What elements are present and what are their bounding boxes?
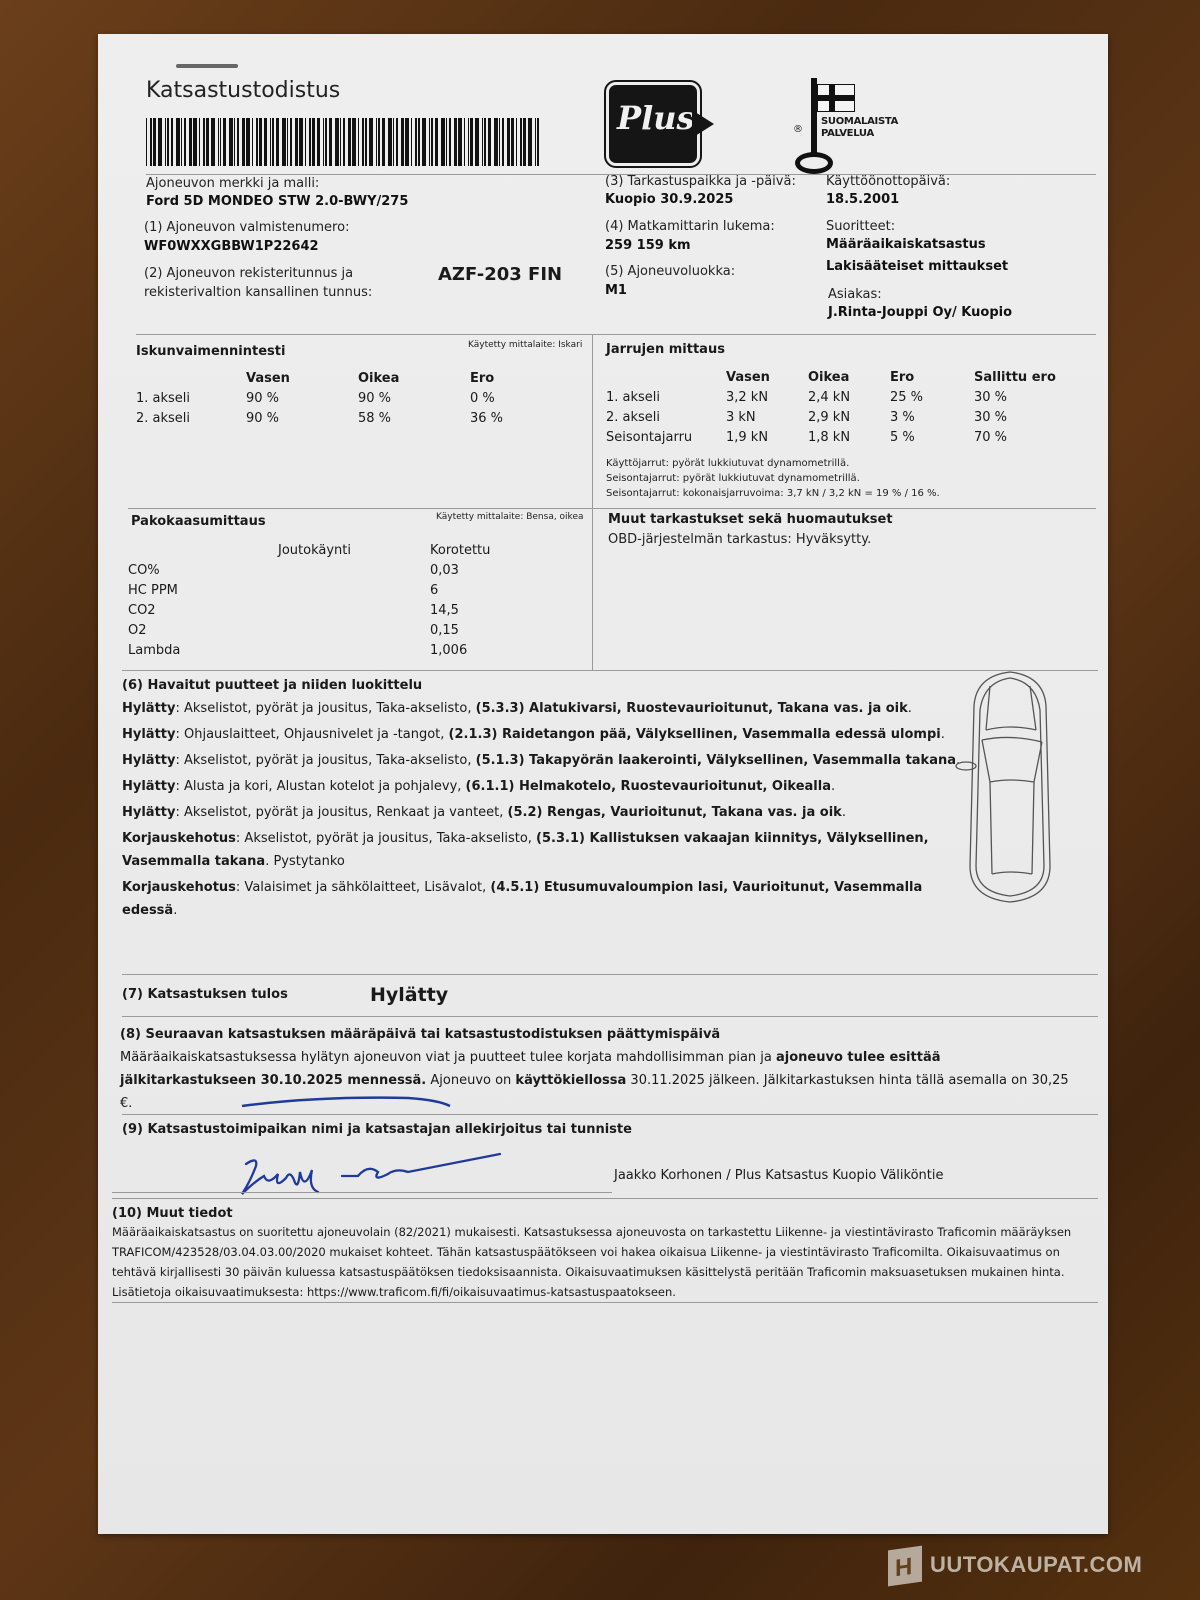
defect-area: : Ohjauslaitteet, Ohjausnivelet ja -tang… [176,727,449,742]
brakes-table: VasenOikeaEroSallittu ero1. akseli3,2 kN… [606,367,1064,447]
table-cell: 70 % [974,427,1064,447]
defect-item: Hylätty: Akselistot, pyörät ja jousitus,… [122,801,962,824]
defect-severity: Hylätty [122,779,176,794]
table-cell: 25 % [890,387,974,407]
table-row: Seisontajarru1,9 kN1,8 kN5 %70 % [606,427,1064,447]
table-row: 2. akseli3 kN2,9 kN3 %30 % [606,407,1064,427]
performed-value-2: Lakisääteiset mittaukset [826,259,1008,274]
table-cell: 90 % [358,388,470,408]
inspection-certificate: Katsastustodistus Plus ® SUOMALAISTAPALV… [98,34,1108,1534]
defect-detail: (2.1.3) Raidetangon pää, Välyksellinen, … [449,727,941,742]
defect-severity: Korjauskehotus [122,831,236,846]
table-cell: 3 % [890,407,974,427]
plus-logo: Plus [606,82,700,166]
defect-extra: . Pystytanko [265,854,345,869]
brakes-note: Seisontajarrut: pyörät lukkiutuvat dynam… [606,471,940,486]
defect-extra: . [908,701,912,716]
table-row: CO%0,03 [128,560,570,580]
table-cell: 2,9 kN [808,407,890,427]
table-cell: 1. akseli [606,387,726,407]
result-label: (7) Katsastuksen tulos [122,987,288,1002]
registration-label-1: (2) Ajoneuvon rekisteritunnus ja [144,266,353,281]
table-cell: 0,03 [430,560,570,580]
table-cell: Seisontajarru [606,427,726,447]
table-cell: 0,15 [430,620,570,640]
table-cell [278,620,430,640]
column-header: Vasen [246,368,358,388]
defect-severity: Hylätty [122,727,176,742]
exhaust-device: Käytetty mittalaite: Bensa, oikea [436,512,584,522]
key-flag-text-1: SUOMALAISTA [821,116,898,128]
table-cell: 1,006 [430,640,570,660]
huutokaupat-watermark: H UUTOKAUPAT.COM [888,1548,1188,1588]
column-header: Ero [470,368,580,388]
place-date-label: (3) Tarkastuspaikka ja -päivä: [605,174,796,189]
other-info-title: (10) Muut tiedot [112,1206,233,1221]
defect-extra: . [173,903,177,918]
plus-logo-tail [692,110,714,138]
defect-severity: Hylätty [122,753,176,768]
ink-underline [238,1092,458,1112]
brakes-title: Jarrujen mittaus [606,342,725,357]
table-cell: Lambda [128,640,278,660]
table-cell: 3 kN [726,407,808,427]
table-cell: CO2 [128,600,278,620]
table-cell: 14,5 [430,600,570,620]
result-value: Hylätty [370,984,448,1006]
performed-label: Suoritteet: [826,219,895,234]
column-header [606,367,726,387]
place-date-value: Kuopio 30.9.2025 [605,192,733,207]
odometer-value: 259 159 km [605,238,691,253]
staple [176,64,238,68]
table-cell: 90 % [246,408,358,428]
column-header: Oikea [358,368,470,388]
table-row: 1. akseli3,2 kN2,4 kN25 %30 % [606,387,1064,407]
defect-item: Hylätty: Ohjauslaitteet, Ohjausnivelet j… [122,723,962,746]
table-cell [278,600,430,620]
defect-area: : Alusta ja kori, Alustan kotelot ja poh… [176,779,466,794]
watermark-text: UUTOKAUPAT.COM [930,1552,1142,1578]
table-row: CO214,5 [128,600,570,620]
column-header: Sallittu ero [974,367,1064,387]
column-header: Vasen [726,367,808,387]
table-cell [278,580,430,600]
defect-severity: Hylätty [122,701,176,716]
table-row: 2. akseli90 %58 %36 % [136,408,580,428]
usage-ban: käyttökiellossa [515,1073,626,1088]
table-row: 1. akseli90 %90 %0 % [136,388,580,408]
other-checks-title: Muut tarkastukset sekä huomautukset [608,512,893,527]
defect-area: : Akselistot, pyörät ja jousitus, Taka-a… [176,753,476,768]
column-header [136,368,246,388]
defect-list: Hylätty: Akselistot, pyörät ja jousitus,… [122,697,962,922]
defect-item: Hylätty: Akselistot, pyörät ja jousitus,… [122,749,962,772]
defect-area: : Akselistot, pyörät ja jousitus, Renkaa… [176,805,508,820]
registered-mark: ® [793,124,803,135]
defect-severity: Korjauskehotus [122,880,236,895]
table-cell: 3,2 kN [726,387,808,407]
table-cell: CO% [128,560,278,580]
vehicle-class-label: (5) Ajoneuvoluokka: [605,264,735,279]
brakes-note: Seisontajarrut: kokonaisjarruvoima: 3,7 … [606,486,940,501]
defect-detail: (6.1.1) Helmakotelo, Ruostevaurioitunut,… [466,779,831,794]
make-model-value: Ford 5D MONDEO STW 2.0-BWY/275 [146,194,408,209]
shock-test-title: Iskunvaimennintesti [136,344,285,359]
table-cell: 90 % [246,388,358,408]
other-info-text: Määräaikaiskatsastus on suoritettu ajone… [112,1222,1097,1302]
table-cell: 1. akseli [136,388,246,408]
defect-detail: (5.3.3) Alatukivarsi, Ruostevaurioitunut… [476,701,908,716]
defect-extra: . [842,805,846,820]
defect-extra: . [941,727,945,742]
plus-logo-text: Plus [617,99,695,137]
defects-title: (6) Havaitut puutteet ja niiden luokitte… [122,674,962,697]
defect-item: Hylätty: Akselistot, pyörät ja jousitus,… [122,697,962,720]
brakes-note: Käyttöjarrut: pyörät lukkiutuvat dynamom… [606,456,940,471]
table-row: HC PPM6 [128,580,570,600]
defect-detail: (5.1.3) Takapyörän laakerointi, Välyksel… [476,753,956,768]
registration-value: AZF-203 FIN [438,264,562,285]
car-diagram-icon [954,666,1066,906]
column-header: Joutokäynti [278,540,430,560]
table-cell: 36 % [470,408,580,428]
shock-test-table: VasenOikeaEro1. akseli90 %90 %0 %2. akse… [136,368,580,428]
table-cell: 58 % [358,408,470,428]
table-cell: O2 [128,620,278,640]
text-span: Ajoneuvo on [426,1073,515,1088]
cube-logo-icon: H [888,1546,922,1587]
customer-label: Asiakas: [828,287,882,302]
customer-value: J.Rinta-Jouppi Oy/ Kuopio [828,305,1012,320]
handwritten-signature [238,1152,528,1202]
inspector-name: Jaakko Korhonen / Plus Katsastus Kuopio … [614,1168,943,1183]
brakes-notes: Käyttöjarrut: pyörät lukkiutuvat dynamom… [606,456,940,501]
table-cell: 5 % [890,427,974,447]
defect-item: Korjauskehotus: Valaisimet ja sähkölaitt… [122,876,962,922]
watermark-letter: H [895,1553,912,1583]
next-inspection-title: (8) Seuraavan katsastuksen määräpäivä ta… [120,1023,1080,1046]
table-cell: 6 [430,580,570,600]
barcode [146,118,541,166]
defect-area: : Akselistot, pyörät ja jousitus, Taka-a… [176,701,476,716]
table-cell: 30 % [974,387,1064,407]
table-cell: 1,8 kN [808,427,890,447]
table-row: O20,15 [128,620,570,640]
exhaust-title: Pakokaasumittaus [131,514,266,529]
defect-severity: Hylätty [122,805,176,820]
vin-label: (1) Ajoneuvon valmistenumero: [144,220,349,235]
defects-section: (6) Havaitut puutteet ja niiden luokitte… [122,674,962,925]
defect-area: : Akselistot, pyörät ja jousitus, Taka-a… [236,831,536,846]
text-span: Määräaikaiskatsastuksessa hylätyn ajoneu… [120,1050,776,1065]
document-title: Katsastustodistus [146,78,340,103]
finnish-flag-icon [817,84,855,112]
column-header: Korotettu [430,540,570,560]
vin-value: WF0WXXGBBW1P22642 [144,239,319,254]
first-use-value: 18.5.2001 [826,192,899,207]
table-cell: 1,9 kN [726,427,808,447]
table-cell: 2. akseli [606,407,726,427]
exhaust-table: JoutokäyntiKorotettuCO%0,03HC PPM6CO214,… [128,540,570,660]
defect-extra: . [831,779,835,794]
table-cell: 2. akseli [136,408,246,428]
table-cell: HC PPM [128,580,278,600]
table-cell [278,640,430,660]
defect-item: Korjauskehotus: Akselistot, pyörät ja jo… [122,827,962,873]
vehicle-class-value: M1 [605,283,627,298]
other-checks-text: OBD-järjestelmän tarkastus: Hyväksytty. [608,532,871,547]
table-row: Lambda1,006 [128,640,570,660]
table-cell [278,560,430,580]
make-model-label: Ajoneuvon merkki ja malli: [146,176,319,191]
defect-item: Hylätty: Alusta ja kori, Alustan kotelot… [122,775,962,798]
first-use-label: Käyttöönottopäivä: [826,174,950,189]
key-flag-text-2: PALVELUA [821,128,898,140]
defect-area: : Valaisimet ja sähkölaitteet, Lisävalot… [236,880,490,895]
shock-test-device: Käytetty mittalaite: Iskari [468,340,582,350]
column-header: Ero [890,367,974,387]
key-flag-logo: ® SUOMALAISTAPALVELUA [793,78,893,188]
defect-detail: (5.2) Rengas, Vaurioitunut, Takana vas. … [508,805,842,820]
registration-label-2: rekisterivaltion kansallinen tunnus: [144,285,372,300]
performed-value-1: Määräaikaiskatsastus [826,237,986,252]
signature-title: (9) Katsastustoimipaikan nimi ja katsast… [122,1122,632,1137]
table-cell: 30 % [974,407,1064,427]
column-header: Oikea [808,367,890,387]
table-cell: 0 % [470,388,580,408]
table-cell: 2,4 kN [808,387,890,407]
odometer-label: (4) Matkamittarin lukema: [605,219,775,234]
column-header [128,540,278,560]
